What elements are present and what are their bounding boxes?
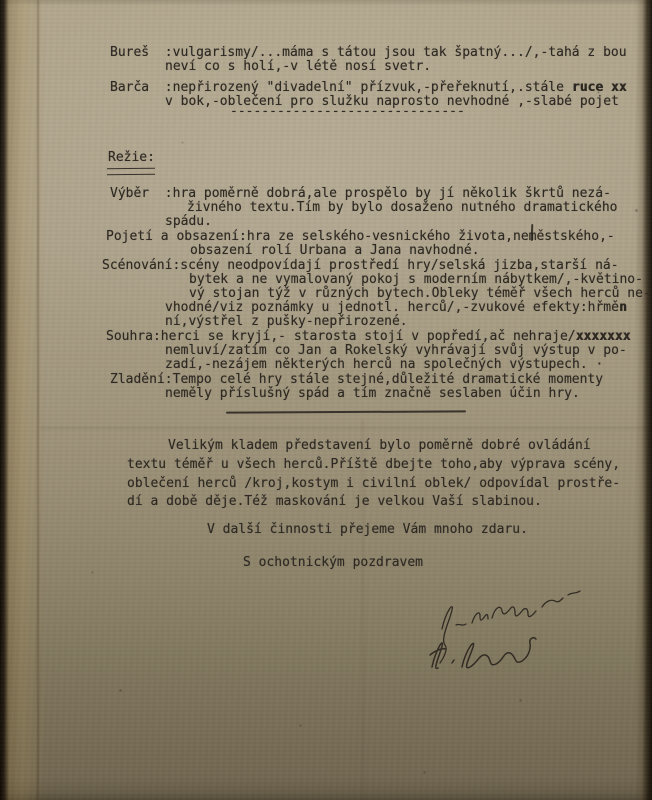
scenovani-line-1: Scénování:scény neodpovídají prostředí h… bbox=[102, 259, 619, 273]
bures-line-1: Bureš :vulgarismy/...máma s tátou jsou t… bbox=[110, 46, 627, 60]
typed-text: S ochotnickým pozdravem bbox=[243, 555, 423, 570]
typed-text: Barča :nepřirozený "divadelní" přízvuk,-… bbox=[110, 80, 572, 95]
typed-text: Pojetí a obsazení:hra ze selského-vesnic… bbox=[106, 229, 615, 244]
salutation-line: S ochotnickým pozdravem bbox=[243, 556, 423, 570]
typed-text: Velikým kladem představení bylo poměrně … bbox=[168, 438, 591, 453]
closing-para-line-3: oblečení herců /kroj,kostym i civilní ob… bbox=[127, 477, 620, 491]
typed-text: zadí,-nezájem některých herců na společn… bbox=[165, 357, 603, 372]
typed-text: spádu. bbox=[165, 214, 212, 229]
overstruck-text: xxxxxxx bbox=[576, 329, 631, 344]
barca-line-1: Barča :nepřirozený "divadelní" přízvuk,-… bbox=[110, 81, 627, 95]
typed-text: ní,výstřel z pušky-nepřirozené. bbox=[165, 314, 408, 329]
section-divider-rule bbox=[226, 410, 466, 413]
typed-text: ------------------------------ bbox=[230, 104, 465, 119]
dashed-separator: ------------------------------ bbox=[230, 105, 465, 119]
vyber-line-2: živného textu.Tím by bylo dosaženo nutné… bbox=[187, 201, 617, 215]
typed-text: textu téměř u všech herců.Příště dbejte … bbox=[127, 457, 620, 472]
typed-text: dí a době děje.Též maskování je velkou V… bbox=[127, 494, 542, 509]
typed-text: neměly příslušný spád a tím značně sesla… bbox=[165, 386, 580, 401]
overstruck-text: ruce xx bbox=[572, 80, 627, 95]
typed-text: Zladění:Tempo celé hry stále stejné,důle… bbox=[110, 372, 603, 387]
typed-text: neví co s holí,-v létě nosí svetr. bbox=[165, 59, 431, 74]
scenovani-line-4: vhodné/viz poznámky u jednotl. herců/,-z… bbox=[165, 301, 627, 315]
zladeni-line-1: Zladění:Tempo celé hry stále stejné,důle… bbox=[110, 373, 603, 387]
bures-line-2: neví co s holí,-v létě nosí svetr. bbox=[165, 60, 431, 74]
souhra-line-2: nemluví/zatím co Jan a Rokelský vyhrávaj… bbox=[165, 344, 627, 358]
typed-text: bytek a ne vymalovaný pokoj s moderním n… bbox=[189, 272, 643, 287]
pojeti-line-1: Pojetí a obsazení:hra ze selského-vesnic… bbox=[106, 230, 615, 244]
typed-text: Výběr :hra poměrně dobrá,ale prospělo by… bbox=[110, 186, 611, 201]
typed-text: Scénování:scény neodpovídají prostředí h… bbox=[102, 258, 619, 273]
typed-text: Bureš :vulgarismy/...máma s tátou jsou t… bbox=[110, 45, 627, 60]
regie-double-underline bbox=[107, 168, 155, 176]
closing-para-line-2: textu téměř u všech herců.Příště dbejte … bbox=[127, 458, 620, 472]
scenovani-line-3: vý stojan týž v různých bytech.Obleky té… bbox=[189, 287, 651, 301]
typed-text: Souhra:herci se kryjí,- starosta stojí v… bbox=[106, 329, 576, 344]
typed-text: Režie: bbox=[108, 150, 155, 165]
zladeni-line-2: neměly příslušný spád a tím značně sesla… bbox=[165, 387, 580, 401]
scenovani-line-5: ní,výstřel z pušky-nepřirozené. bbox=[165, 315, 408, 329]
handwritten-signatures bbox=[418, 583, 588, 675]
typed-text: vhodné/viz poznámky u jednotl. herců/,-z… bbox=[165, 300, 619, 315]
scenovani-line-2: bytek a ne vymalovaný pokoj s moderním n… bbox=[189, 273, 643, 287]
overstruck-text: n bbox=[619, 300, 627, 315]
left-fold-crease bbox=[37, 0, 39, 800]
signature-upper bbox=[440, 591, 580, 663]
vyber-line-1: Výběr :hra poměrně dobrá,ale prospělo by… bbox=[110, 187, 611, 201]
paper-speckles bbox=[0, 0, 1, 1]
wish-line: V další činnosti přejeme Vám mnoho zdaru… bbox=[207, 523, 528, 537]
typed-text: oblečení herců /kroj,kostym i civilní ob… bbox=[127, 476, 620, 491]
typed-text: V další činnosti přejeme Vám mnoho zdaru… bbox=[207, 522, 528, 537]
souhra-line-3: zadí,-nezájem některých herců na společn… bbox=[165, 358, 603, 372]
regie-heading: Režie: bbox=[108, 151, 155, 165]
closing-para-line-1: Velikým kladem představení bylo poměrně … bbox=[168, 439, 591, 453]
typed-text: vý stojan týž v různých bytech.Obleky té… bbox=[189, 286, 651, 301]
closing-para-line-4: dí a době děje.Též maskování je velkou V… bbox=[127, 495, 542, 509]
scanned-document-page: Bureš :vulgarismy/...máma s tátou jsou t… bbox=[0, 0, 652, 800]
horizontal-fold-crease bbox=[40, 427, 652, 429]
pojeti-line-2: obsazení rolí Urbana a Jana navhodné. bbox=[190, 244, 480, 258]
typed-text: živného textu.Tím by bylo dosaženo nutné… bbox=[187, 200, 617, 215]
typed-text: obsazení rolí Urbana a Jana navhodné. bbox=[190, 243, 480, 258]
typed-text: nemluví/zatím co Jan a Rokelský vyhrávaj… bbox=[165, 343, 627, 358]
souhra-line-1: Souhra:herci se kryjí,- starosta stojí v… bbox=[106, 330, 630, 344]
vyber-line-3: spádu. bbox=[165, 215, 212, 229]
